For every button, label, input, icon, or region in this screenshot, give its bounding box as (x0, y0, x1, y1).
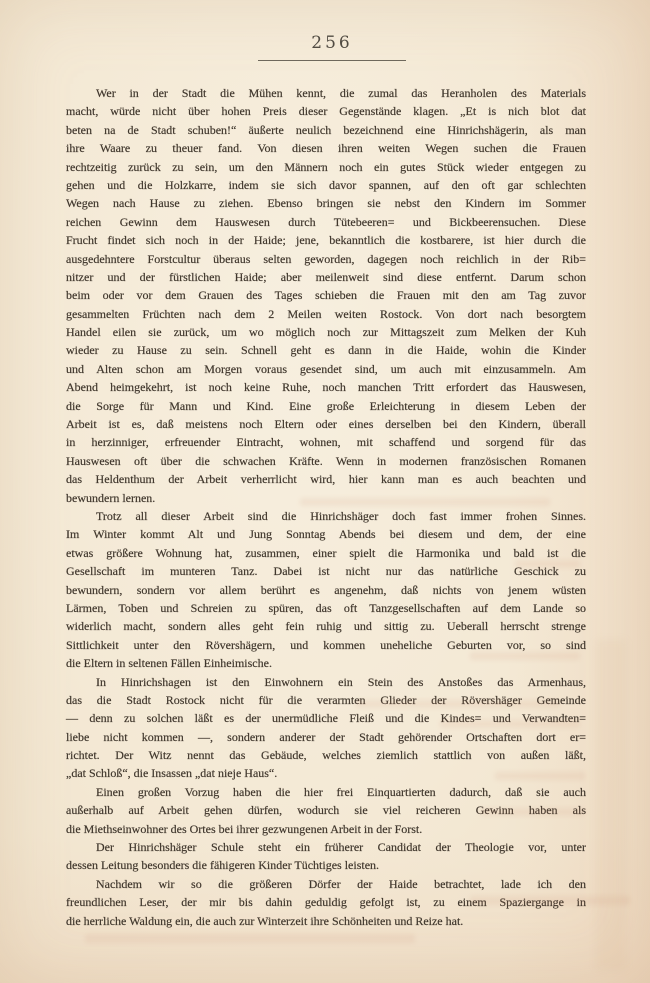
text-line: Lärmen, Toben und Schreien zu spüren, da… (66, 599, 586, 617)
book-page-scan: 256 Wer in der Stadt die Mühen kennt, di… (0, 0, 650, 983)
text-line: die Sorge für Mann und Kind. Eine große … (66, 397, 586, 415)
text-line: — denn zu solchen läßt es der unermüdlic… (66, 709, 586, 727)
text-line: beten na de Stadt schuben!“ äußerte neul… (66, 121, 586, 139)
page-header: 256 (0, 33, 650, 53)
text-line: Einen großen Vorzug haben die hier frei … (66, 783, 586, 801)
text-line: bewundern, sondern vor allem berührt es … (66, 581, 586, 599)
text-line: gehen und die Holzkarre, indem sie sich … (66, 176, 586, 194)
header-rule (258, 60, 406, 61)
text-line: widerlich macht, sondern alles geht fein… (66, 617, 586, 635)
text-line: In Hinrichshagen ist den Einwohnern ein … (66, 673, 586, 691)
text-line: die herrliche Waldung ein, die auch zur … (66, 912, 586, 930)
text-line: das die Stadt Rostock nicht für die vera… (66, 691, 586, 709)
text-line: ihre Waare zu theuer fand. Von diesen ih… (66, 139, 586, 157)
text-line: Arbeit ist es, daß meistens noch Eltern … (66, 415, 586, 433)
text-line: etwas größere Wohnung hat, zusammen, ein… (66, 544, 586, 562)
text-line: dessen Leitung besonders die fähigeren K… (66, 856, 586, 874)
text-line: reichen Gewinn dem Hauswesen durch Tüteb… (66, 213, 586, 231)
text-line: in herzinniger, erfreuender Eintracht, w… (66, 433, 586, 451)
text-line: wieder zu Hause zu sein. Schnell geht es… (66, 341, 586, 359)
text-line: Sittlichkeit unter den Rövershägern, und… (66, 636, 586, 654)
text-line: Gesellschaft im munteren Tanz. Dabei ist… (66, 562, 586, 580)
page-number: 256 (311, 33, 352, 53)
text-line: die Miethseinwohner des Ortes bei ihrer … (66, 820, 586, 838)
text-line: freundlichen Leser, der mir bis dahin ge… (66, 893, 586, 911)
body-text: Wer in der Stadt die Mühen kennt, die zu… (66, 84, 586, 930)
text-line: Wer in der Stadt die Mühen kennt, die zu… (66, 84, 586, 102)
text-line: bewundern lernen. (66, 489, 586, 507)
text-line: Im Winter kommt Alt und Jung Sonntag Abe… (66, 525, 586, 543)
text-line: „dat Schloß“, die Insassen „dat nieje Ha… (66, 764, 586, 782)
bleed-through-mark (85, 934, 415, 943)
text-line: Handel eilen sie zurück, um wo möglich n… (66, 323, 586, 341)
text-line: Nachdem wir so die größeren Dörfer der H… (66, 875, 586, 893)
text-line: macht, würde nicht über hohen Preis dies… (66, 102, 586, 120)
text-line: Wegen nach Hause zu ziehen. Ebenso bring… (66, 194, 586, 212)
text-line: gesammelten Früchten nach dem 2 Meilen w… (66, 305, 586, 323)
text-line: Hauswesen oft über die schwachen Kräfte.… (66, 452, 586, 470)
text-line: die Eltern in seltenen Fällen Einheimisc… (66, 654, 586, 672)
text-line: richtet. Der Witz nennt das Gebäude, wel… (66, 746, 586, 764)
text-line: rechtzeitig zurück zu sein, um den Männe… (66, 158, 586, 176)
text-line: ausgedehntere Forstcultur überaus selten… (66, 250, 586, 268)
text-line: das Heldenthum der Arbeit verherrlicht w… (66, 470, 586, 488)
text-line: und Alten schon am Morgen voraus gesende… (66, 360, 586, 378)
bleed-through-mark (596, 640, 626, 970)
text-line: Frucht findet sich noch in der Haide; je… (66, 231, 586, 249)
text-line: außerhalb auf Arbeit gehen dürfen, wodur… (66, 801, 586, 819)
text-line: beim oder vor dem Grauen des Tages schie… (66, 286, 586, 304)
text-line: nitzer und der fürstlichen Haide; aber m… (66, 268, 586, 286)
text-line: liebe nicht kommen —, sondern anderer de… (66, 728, 586, 746)
text-line: Der Hinrichshäger Schule steht ein frühe… (66, 838, 586, 856)
text-line: Trotz all dieser Arbeit sind die Hinrich… (66, 507, 586, 525)
text-line: Abend heimgekehrt, ist noch keine Ruhe, … (66, 378, 586, 396)
